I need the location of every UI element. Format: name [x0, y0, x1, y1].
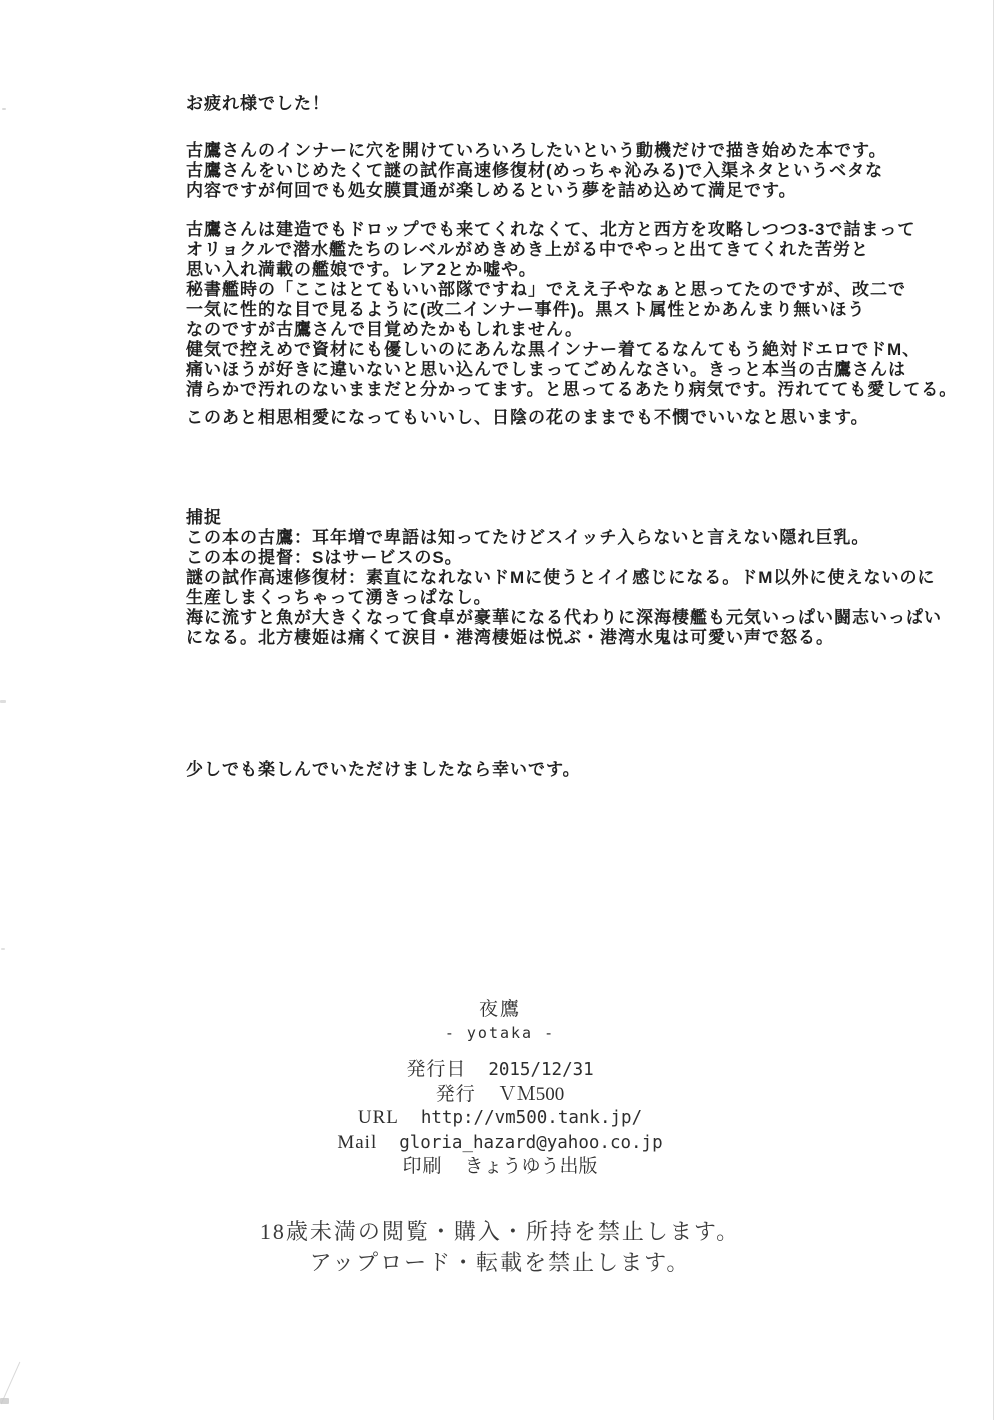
- afterword-line: 思い入れ満載の艦娘です。レア2とか嘘や。: [186, 260, 956, 280]
- printer-label: 印刷: [402, 1155, 442, 1179]
- scan-scratch: [1, 1362, 21, 1404]
- paragraph-furutaka-story: 古鷹さんは建造でもドロップでも来てくれなくて、北方と西方を攻略しつつ3-3で詰ま…: [186, 220, 956, 400]
- mail-label: Mail: [337, 1131, 377, 1155]
- colophon-row-printer: 印刷 きょうゆう出版: [0, 1155, 1000, 1179]
- scan-artifact: [1, 948, 5, 950]
- colophon-row-publish-date: 発行日 2015/12/31: [0, 1058, 1000, 1083]
- note-line: 謎の試作高速修復材：素直になれないドMに使うとイイ感じになる。ドM以外に使えない…: [186, 568, 956, 588]
- afterword-line: 一気に性的な目で見るように(改二インナー事件)。黒スト属性とかあんまり無いほう: [186, 300, 956, 320]
- afterword-text-block: お疲れ様でした！ 古鷹さんのインナーに穴を開けていろいろしたいという動機だけで描…: [186, 94, 956, 780]
- note-line: 生産しまくっちゃって湧きっぱなし。: [186, 588, 956, 608]
- publisher-label: 発行: [436, 1083, 476, 1107]
- note-line: この本の古鷹：耳年増で卑語は知ってたけどスイッチ入らないと言えない隠れ巨乳。: [186, 528, 956, 548]
- closing-line: 少しでも楽しんでいただけましたなら幸いです。: [186, 760, 956, 780]
- warning-line-upload: アップロード・転載を禁止します。: [0, 1247, 1000, 1278]
- afterword-line: 痛いほうが好きに違いないと思い込んでしまってごめんなさい。きっと本当の古鷹さんは: [186, 360, 956, 380]
- afterword-line: 秘書艦時の「ここはとてもいい部隊ですね」でええ子やなぁと思ってたのですが、改二で: [186, 280, 956, 300]
- scan-artifact: [0, 700, 6, 703]
- notes-heading: 捕捉: [186, 508, 956, 528]
- colophon-row-publisher: 発行 ＶＭ500: [0, 1083, 1000, 1107]
- publish-date-value: 2015/12/31: [488, 1059, 593, 1083]
- colophon-row-url: URL http://vm500.tank.jp/: [0, 1106, 1000, 1131]
- colophon-block: 夜鷹 - yotaka - 発行日 2015/12/31 発行 ＶＭ500 UR…: [0, 998, 1000, 1179]
- note-line: 海に流すと魚が大きくなって食卓が豪華になる代わりに深海棲艦も元気いっぱい闘志いっ…: [186, 608, 956, 628]
- scan-edge-line: [993, 0, 994, 1420]
- scan-artifact: [2, 108, 6, 110]
- publish-date-label: 発行日: [406, 1058, 466, 1082]
- book-title-romaji: - yotaka -: [0, 1022, 1000, 1044]
- mail-value: gloria_hazard@yahoo.co.jp: [399, 1132, 662, 1156]
- book-title: 夜鷹: [0, 998, 1000, 1022]
- url-label: URL: [358, 1106, 399, 1130]
- afterword-line: 古鷹さんをいじめたくて謎の試作高速修復材(めっちゃ沁みる)で入渠ネタというベタな: [186, 161, 956, 181]
- url-value: http://vm500.tank.jp/: [421, 1107, 642, 1131]
- afterword-line: オリョクルで潜水艦たちのレベルがめきめき上がる中でやっと出てきてくれた苦労と: [186, 240, 956, 260]
- greeting-line: お疲れ様でした！: [186, 94, 956, 114]
- paragraph-motivation: 古鷹さんのインナーに穴を開けていろいろしたいという動機だけで描き始めた本です。 …: [186, 141, 956, 201]
- printer-value: きょうゆう出版: [465, 1155, 598, 1179]
- scanned-afterword-page: お疲れ様でした！ 古鷹さんのインナーに穴を開けていろいろしたいという動機だけで描…: [0, 0, 1000, 1420]
- colophon-row-mail: Mail gloria_hazard@yahoo.co.jp: [0, 1131, 1000, 1156]
- note-line: になる。北方棲姫は痛くて涙目・港湾棲姫は悦ぶ・港湾水鬼は可愛い声で怒る。: [186, 628, 956, 648]
- warning-line-age: 18歳未満の閲覧・購入・所持を禁止します。: [0, 1216, 1000, 1247]
- paragraph-conclusion: このあと相思相愛になってもいいし、日陰の花のままでも不憫でいいなと思います。: [186, 408, 956, 428]
- colophon-rows: 発行日 2015/12/31 発行 ＶＭ500 URL http://vm500…: [0, 1058, 1000, 1179]
- afterword-line: 健気で控えめで資材にも優しいのにあんな黒インナー着てるなんてもう絶対ドエロでドM…: [186, 340, 956, 360]
- supplementary-notes-section: 捕捉 この本の古鷹：耳年増で卑語は知ってたけどスイッチ入らないと言えない隠れ巨乳…: [186, 508, 956, 648]
- age-restriction-notice: 18歳未満の閲覧・購入・所持を禁止します。 アップロード・転載を禁止します。: [0, 1216, 1000, 1278]
- publisher-value: ＶＭ500: [498, 1083, 565, 1107]
- afterword-line: 古鷹さんのインナーに穴を開けていろいろしたいという動機だけで描き始めた本です。: [186, 141, 956, 161]
- afterword-line: なのですが古鷹さんで目覚めたかもしれません。: [186, 320, 956, 340]
- afterword-line: 古鷹さんは建造でもドロップでも来てくれなくて、北方と西方を攻略しつつ3-3で詰ま…: [186, 220, 956, 240]
- afterword-line: 内容ですが何回でも処女膜貫通が楽しめるという夢を詰め込めて満足です。: [186, 181, 956, 201]
- afterword-line: 清らかで汚れのないままだと分かってます。と思ってるあたり病気です。汚れてても愛し…: [186, 380, 956, 400]
- note-line: この本の提督：SはサービスのS。: [186, 548, 956, 568]
